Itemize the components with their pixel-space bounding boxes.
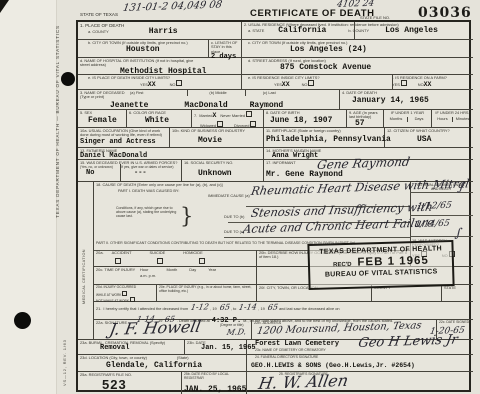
last-name-label: (c) Last bbox=[263, 91, 276, 95]
stamp-date: FEB 1 1965 bbox=[357, 255, 429, 269]
injury-occurred-label: 20d. INJURY OCCURRED bbox=[96, 286, 154, 290]
certificate-title: CERTIFICATE OF DEATH bbox=[250, 8, 375, 19]
grid-line bbox=[392, 75, 393, 90]
name-section-label: 3. NAME OF DECEASED (Type or print) bbox=[80, 91, 126, 100]
war-label: (If yes, give war or dates of service) bbox=[120, 166, 174, 170]
cell-name-of-deceased: 3. NAME OF DECEASED (Type or print) (a) … bbox=[78, 90, 340, 110]
cell-burial-type: 23a. BURIAL, CREMATION, REMOVAL (Specify… bbox=[78, 340, 185, 355]
cell-date-of-birth: 8. DATE OF BIRTH June 18, 1907 bbox=[264, 110, 347, 128]
due-to-b-label: DUE TO (b) bbox=[224, 215, 244, 219]
month-label: Month bbox=[166, 268, 177, 272]
grid-line bbox=[354, 22, 355, 40]
checkbox bbox=[122, 291, 127, 296]
yes-label: YES bbox=[140, 83, 148, 87]
year-label: Year bbox=[208, 268, 216, 272]
state-of-texas-label: STATE OF TEXAS bbox=[80, 12, 118, 17]
registrar-file-number: 523 bbox=[102, 377, 179, 392]
cell-street-address: d. STREET ADDRESS (If rural, give locati… bbox=[242, 58, 473, 75]
date-of-death-label: 4. DATE OF DEATH bbox=[342, 91, 471, 95]
occupation-value: Singer and Actress bbox=[80, 139, 167, 147]
conditions-note: Conditions, if any, which gave rise to a… bbox=[116, 207, 180, 219]
marital-number: 7. bbox=[194, 114, 197, 118]
cell-birthplace: 11. BIRTHPLACE (State or foreign country… bbox=[264, 128, 385, 148]
handwritten-header-note: 4102 24 bbox=[336, 0, 375, 10]
cell-business: 10b. KIND OF BUSINESS OR INDUSTRY Movie bbox=[170, 128, 264, 148]
yes-mark: XX bbox=[148, 81, 156, 88]
registrar-received-date: JAN. 25, 1965 bbox=[184, 386, 244, 394]
burial-date-value: Jan. 15, 1965 bbox=[201, 345, 244, 353]
immediate-cause-label: IMMEDIATE CAUSE (a) bbox=[208, 194, 250, 198]
cell-place-city-limits: e. IS PLACE OF DEATH INSIDE CITY LIMITS?… bbox=[78, 75, 242, 90]
attended-from-year: 65 bbox=[219, 303, 231, 312]
race-label: 6. COLOR OR RACE bbox=[129, 111, 189, 115]
citizen-label: 12. CITIZEN OF WHAT COUNTRY? bbox=[387, 129, 471, 133]
funeral-director-value: GEO.H.LEWIS & SONS (Geo.H.Lewis,Jr. #265… bbox=[251, 362, 471, 369]
cell-funeral-director: 24. FUNERAL DIRECTOR'S SIGNATURE GEO.H.L… bbox=[247, 355, 473, 372]
citizen-value: USA bbox=[417, 136, 471, 145]
grid-line bbox=[245, 90, 246, 96]
cell-certification: 21. I hereby certify that I attended the… bbox=[94, 302, 473, 320]
days-label: Days bbox=[408, 117, 430, 121]
county-label: a. COUNTY bbox=[88, 30, 109, 34]
checkbox bbox=[217, 121, 223, 127]
cell-armed-forces: 15. WAS DECEASED EVER IN U.S. ARMED FORC… bbox=[78, 160, 182, 182]
cell-injury-occurred: 20d. INJURY OCCURRED WHILE AT WORK NOT W… bbox=[94, 285, 157, 302]
to-label: , to bbox=[231, 307, 236, 311]
burial-type-value: Removal bbox=[100, 345, 182, 353]
never-married-label: Never Married bbox=[220, 114, 245, 118]
cell-age: 9. AGE (In years last birthday) 57 bbox=[347, 110, 384, 128]
stamp-line2: BUREAU OF VITAL STATISTICS bbox=[310, 268, 452, 279]
armed-forces-value: No bbox=[86, 170, 120, 178]
certification-text2: and last saw the deceased alive on bbox=[279, 307, 340, 311]
yes-label: YES bbox=[392, 83, 400, 87]
cell-registrar-received: 25b. DATE REC'D BY LOCAL REGISTRAR JAN. … bbox=[182, 372, 247, 394]
birthplace-label: 11. BIRTHPLACE (State or foreign country… bbox=[266, 129, 382, 133]
funeral-director-label: 24. FUNERAL DIRECTOR'S SIGNATURE bbox=[255, 356, 471, 360]
hours-label: Hours bbox=[433, 117, 453, 121]
cell-registrar-file: 25a. REGISTRAR'S FILE NO. 523 bbox=[78, 372, 182, 394]
limits-yes-mark: XX bbox=[282, 81, 290, 88]
checkbox bbox=[401, 80, 407, 86]
checkbox bbox=[250, 121, 256, 127]
cell-accident-suicide-homicide: 20a. ACCIDENT SUICIDE HOMICIDE bbox=[94, 250, 257, 267]
medical-certification-strip: MEDICAL CERTIFICATION bbox=[78, 182, 94, 340]
place-city-value: Houston bbox=[126, 46, 206, 55]
cell-time-of-injury: 20c. TIME OF INJURY Hour Month Day Year … bbox=[94, 267, 257, 285]
checkbox bbox=[199, 258, 205, 264]
medical-certification-label: MEDICAL CERTIFICATION bbox=[82, 224, 86, 304]
location-state-label: (State) bbox=[177, 356, 189, 360]
margin-form-code: VS—12, REV. 1/63 bbox=[62, 328, 67, 386]
attended-to-date: 1-14 bbox=[238, 302, 258, 312]
ssn-value: Unknown bbox=[198, 170, 261, 179]
date-of-death-value: January 14, 1965 bbox=[352, 97, 471, 106]
date-of-birth-label: 8. DATE OF BIRTH bbox=[266, 111, 344, 115]
cell-residence-city: c. CITY OR TOWN (If outside city limits,… bbox=[242, 40, 473, 58]
county-value: Harris bbox=[149, 28, 178, 37]
residence-county-value: Los Angeles bbox=[385, 27, 438, 36]
while-at-work-label: WHILE AT WORK bbox=[96, 294, 121, 298]
location-value: Glendale, California bbox=[106, 362, 244, 371]
due-to-c-label: DUE TO (c) bbox=[224, 230, 244, 234]
birthplace-value: Philadelphia, Pennsylvania bbox=[266, 136, 382, 145]
checkbox bbox=[176, 80, 182, 86]
cell-marital-status: 7. Married X Never Married Widowed Divor… bbox=[192, 110, 264, 128]
physician-signature: J. F. Howell bbox=[108, 317, 202, 339]
cell-hospital: d. NAME OF HOSPITAL OR INSTITUTION (If n… bbox=[78, 58, 242, 75]
degree-value: M.D. bbox=[226, 327, 247, 337]
cell-injury-state: STATE bbox=[442, 285, 473, 302]
checkbox bbox=[157, 258, 163, 264]
death-certificate-scan: TEXAS DEPARTMENT OF HEALTH — BUREAU OF V… bbox=[0, 0, 480, 394]
location-label: 23d. LOCATION (City, town, or county) bbox=[80, 356, 147, 360]
date-signed-label: 22c. DATE SIGNED bbox=[439, 321, 471, 325]
cell-social-security: 16. SOCIAL SECURITY NO. Unknown bbox=[182, 160, 264, 182]
cell-place-of-injury: 20e. PLACE OF INJURY (e.g., in or about … bbox=[157, 285, 257, 302]
months-label: Months bbox=[385, 117, 408, 121]
cell-physician-signature: 22a. SIGNATURE J. F. Howell (Degree or t… bbox=[94, 320, 252, 340]
checkbox bbox=[246, 111, 252, 117]
scan-left-margin bbox=[0, 0, 57, 394]
business-value: Movie bbox=[198, 137, 261, 146]
residence-city-value: Los Angeles (24) bbox=[290, 46, 471, 55]
residence-county-label: b. COUNTY bbox=[348, 29, 369, 33]
brace-glyph: } bbox=[180, 204, 193, 228]
cell-residence-limits-farm: e. IS RESIDENCE INSIDE CITY LIMITS? YES … bbox=[242, 75, 473, 90]
hour-label: Hour bbox=[140, 268, 148, 272]
ssn-label: 16. SOCIAL SECURITY NO. bbox=[184, 161, 261, 165]
residence-state-value: California bbox=[278, 27, 326, 36]
cell-occupation: 10a. USUAL OCCUPATION (Give kind of work… bbox=[78, 128, 170, 148]
checkbox bbox=[115, 258, 121, 264]
day-label: Day bbox=[189, 268, 196, 272]
certification-text1: I hereby certify that I attended the dec… bbox=[103, 307, 188, 311]
prefix-19: , 19 bbox=[258, 307, 265, 311]
received-stamp: TEXAS DEPARTMENT OF HEALTH REC'D FEB 1 1… bbox=[307, 240, 454, 290]
informant-signature: Gene Raymond bbox=[316, 155, 411, 172]
grid-line bbox=[187, 90, 188, 96]
ampm-label: a.m. p.m. bbox=[140, 274, 254, 278]
registrar-signature: H. W. Allen bbox=[257, 371, 350, 393]
homicide-label: HOMICIDE bbox=[183, 251, 202, 255]
married-mark: X bbox=[212, 112, 216, 119]
minutes-label: Minutes bbox=[453, 117, 472, 121]
no-label: NO bbox=[170, 83, 176, 87]
time-of-injury-label: 20c. TIME OF INJURY bbox=[96, 268, 140, 272]
married-label: Married bbox=[199, 114, 212, 118]
attended-to-year: 65 bbox=[267, 303, 279, 312]
occupation-label: 10a. USUAL OCCUPATION (Give kind of work… bbox=[80, 129, 167, 138]
grid-line bbox=[410, 236, 473, 237]
suicide-label: SUICIDE bbox=[149, 251, 165, 255]
cell-date-of-death: 4. DATE OF DEATH January 14, 1965 bbox=[340, 90, 473, 110]
no-label: NO bbox=[302, 83, 308, 87]
cell-father-name: 13. FATHER'S NAME Daniel MacDonald bbox=[78, 148, 264, 160]
grid-line bbox=[120, 164, 121, 182]
state-file-number: 03036 bbox=[418, 5, 472, 21]
stay-label: c. LENGTH OF STAY in this place bbox=[211, 41, 239, 54]
accident-label: ACCIDENT bbox=[112, 251, 132, 255]
sex-value: Female bbox=[88, 117, 124, 126]
scan-corner-mark bbox=[0, 0, 9, 13]
yes-label: YES bbox=[274, 83, 282, 87]
war-value: --- bbox=[134, 170, 174, 178]
cause-part1-label: PART I. DEATH WAS CAUSED BY: bbox=[118, 189, 179, 193]
race-value: White bbox=[145, 117, 189, 126]
injury-number: 20a. bbox=[96, 251, 104, 255]
residence-state-label: a. STATE bbox=[248, 29, 264, 33]
farm-no-mark: XX bbox=[424, 81, 432, 88]
cell-sex: 5. SEX Female bbox=[78, 110, 127, 128]
prefix-19: , 19 bbox=[210, 307, 217, 311]
cell-color-or-race: 6. COLOR OR RACE White bbox=[127, 110, 192, 128]
margin-department-text: TEXAS DEPARTMENT OF HEALTH — BUREAU OF V… bbox=[55, 38, 60, 218]
handwritten-file-code: 131-01-2 04,049 08 bbox=[122, 0, 223, 14]
first-name-label: (a) First bbox=[130, 91, 143, 95]
cause-line-c-rule bbox=[224, 237, 410, 238]
business-label: 10b. KIND OF BUSINESS OR INDUSTRY bbox=[172, 129, 261, 133]
injury-state-label: STATE bbox=[444, 286, 471, 290]
hole-punch-dot bbox=[61, 72, 75, 86]
cell-registrar-signature: 25. REGISTRAR'S SIGNATURE H. W. Allen bbox=[247, 372, 473, 394]
cell-if-under-24-hrs: IF UNDER 24 HRS. Hours Minutes bbox=[432, 110, 473, 128]
hole-punch-dot bbox=[14, 312, 31, 329]
sex-label: 5. SEX bbox=[80, 111, 124, 115]
registrar-received-label: 25b. DATE REC'D BY LOCAL REGISTRAR bbox=[184, 373, 244, 380]
age-label: 9. AGE (In years last birthday) bbox=[349, 111, 381, 120]
date-of-birth-value: June 18, 1907 bbox=[270, 117, 344, 126]
cell-length-of-stay: c. LENGTH OF STAY in this place 2 days bbox=[209, 40, 242, 58]
certification-number: 21. bbox=[96, 307, 101, 311]
checkbox bbox=[308, 80, 314, 86]
place-of-injury-label: 20e. PLACE OF INJURY (e.g., in or about … bbox=[159, 286, 254, 293]
cell-residence-state-county: 2. USUAL RESIDENCE (Where deceased lived… bbox=[242, 22, 473, 40]
attended-from-date: 1-12 bbox=[190, 302, 210, 312]
certificate-form: 1. PLACE OF DEATH a. COUNTY Harris 2. US… bbox=[76, 20, 471, 392]
cell-cemetery: Forest Lawn Cemetery 23c. NAME OF CEMETE… bbox=[247, 340, 473, 355]
cell-burial-location: 23d. LOCATION (City, town, or county) (S… bbox=[78, 355, 247, 372]
cell-citizen: 12. CITIZEN OF WHAT COUNTRY? USA bbox=[385, 128, 473, 148]
under-1yr-label: IF UNDER 1 YEAR bbox=[385, 111, 430, 115]
cell-if-under-1-year: IF UNDER 1 YEAR Months Days bbox=[384, 110, 432, 128]
middle-name-label: (b) Middle bbox=[209, 91, 226, 95]
cell-place-of-death-county: 1. PLACE OF DEATH a. COUNTY Harris bbox=[78, 22, 242, 40]
stamp-recd-label: REC'D bbox=[333, 262, 352, 269]
under-24h-label: IF UNDER 24 HRS. bbox=[433, 111, 472, 115]
street-value: 875 Comstock Avenue bbox=[280, 64, 471, 73]
cell-place-city: b. CITY OR TOWN (If outside city limits,… bbox=[78, 40, 209, 58]
cell-burial-date: 23b. DATE Jan. 15, 1965 bbox=[185, 340, 247, 355]
